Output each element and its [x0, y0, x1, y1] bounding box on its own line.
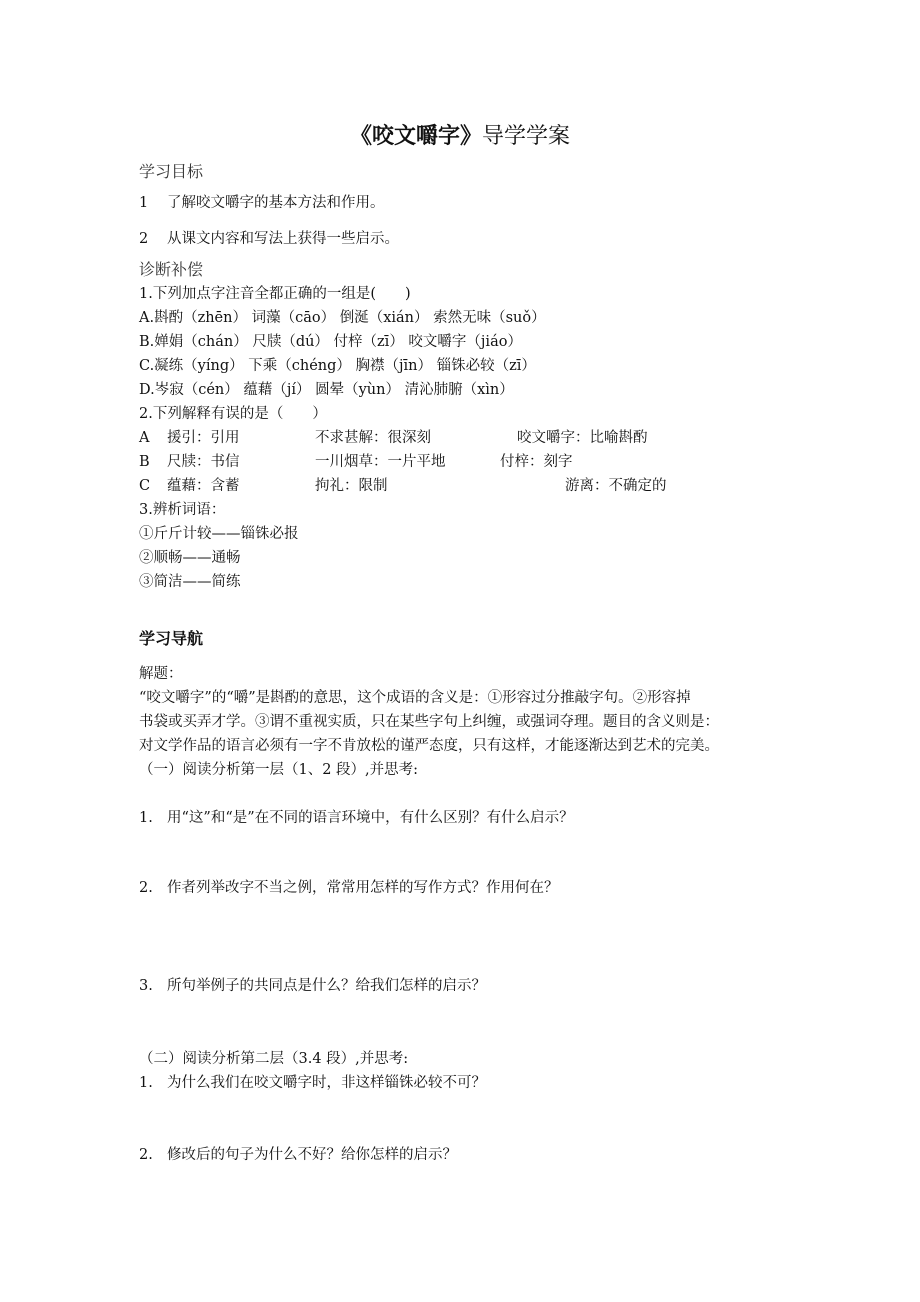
question-3-item: ②顺畅——通畅	[139, 548, 241, 568]
part-1-question: 3.所句举例子的共同点是什么？给我们怎样的启示？	[139, 976, 486, 996]
part-2-heading: （二）阅读分析第二层（3.4 段）,并思考:	[139, 1049, 408, 1069]
row-letter: A	[139, 428, 149, 448]
row-letter: C	[139, 476, 150, 496]
question-text: 作者列举改字不当之例，常常用怎样的写作方式？作用何在？	[167, 880, 559, 896]
row-letter: B	[139, 452, 150, 472]
part-2-question: 2.修改后的句子为什么不好？给你怎样的启示？	[139, 1145, 457, 1165]
question-3-item: ③简洁——简练	[139, 572, 241, 592]
question-1-option-d: D.岑寂（cén） 蕴藉（jí） 圆晕（yùn） 清沁肺腑（xìn）	[139, 380, 514, 400]
section-heading-goals: 学习目标	[139, 161, 203, 183]
row-col-2: 不求甚解：很深刻	[315, 428, 431, 448]
part-1-heading: （一）阅读分析第一层（1、2 段）,并思考:	[139, 760, 418, 780]
question-number: 2.	[139, 878, 167, 898]
goal-item: 2从课文内容和写法上获得一些启示。	[139, 229, 399, 249]
question-1-option-c: C.凝练（yíng） 下乘（chéng） 胸襟（jīn） 锱铢必较（zī）	[139, 356, 536, 376]
row-col-3: 付梓：刻字	[500, 452, 573, 472]
question-1-option-a: A.斟酌（zhēn） 词藻（cāo） 倒涎（xián） 索然无味（suǒ）	[139, 308, 546, 328]
intro-line: 对文学作品的语言必须有一字不肯放松的谨严态度，只有这样，才能逐渐达到艺术的完美。	[139, 736, 719, 756]
question-3-stem: 3.辨析词语：	[139, 500, 225, 520]
intro-line: “咬文嚼字”的“嚼”是斟酌的意思，这个成语的含义是：①形容过分推敲字句。②形容掉	[139, 688, 691, 708]
row-col-3: 游离：不确定的	[565, 476, 667, 496]
part-1-question: 1.用“这”和“是”在不同的语言环境中，有什么区别？有什么启示？	[139, 808, 574, 828]
goal-text: 了解咬文嚼字的基本方法和作用。	[167, 195, 385, 211]
question-2-row-a: A 援引：引用 不求甚解：很深刻 咬文嚼字：比喻斟酌	[139, 428, 789, 448]
question-number: 2.	[139, 1145, 167, 1165]
question-2-row-b: B 尺牍：书信 一川烟草：一片平地 付梓：刻字	[139, 452, 789, 472]
question-3-item: ①斤斤计较——锱铢必报	[139, 524, 299, 544]
question-1-stem: 1.下列加点字注音全都正确的一组是( )	[139, 284, 411, 304]
row-col-1: 蕴藉：含蓄	[167, 476, 240, 496]
intro-label: 解题：	[139, 664, 183, 684]
goal-item: 1了解咬文嚼字的基本方法和作用。	[139, 193, 385, 213]
title-book-name: 《咬文嚼字》	[350, 124, 482, 149]
page-title: 《咬文嚼字》导学学案	[0, 121, 920, 153]
question-text: 修改后的句子为什么不好？给你怎样的启示？	[167, 1147, 457, 1163]
title-suffix: 导学学案	[482, 124, 570, 149]
row-col-3: 咬文嚼字：比喻斟酌	[517, 428, 648, 448]
document-page: 《咬文嚼字》导学学案 学习目标 1了解咬文嚼字的基本方法和作用。 2从课文内容和…	[0, 0, 920, 1302]
question-2-stem: 2.下列解释有误的是（ ）	[139, 404, 327, 424]
question-number: 3.	[139, 976, 167, 996]
question-2-row-c: C 蕴藉：含蓄 拘礼：限制 游离：不确定的	[139, 476, 789, 496]
goal-number: 1	[139, 193, 167, 213]
question-number: 1.	[139, 808, 167, 828]
intro-line: 书袋或买弄才学。③谓不重视实质，只在某些字句上纠缠，或强词夺理。题目的含义则是：	[139, 712, 719, 732]
question-text: 用“这”和“是”在不同的语言环境中，有什么区别？有什么启示？	[167, 810, 574, 826]
section-heading-navigation: 学习导航	[139, 628, 203, 650]
question-1-option-b: B.婵娟（chán） 尺牍（dú） 付梓（zī） 咬文嚼字（jiáo）	[139, 332, 522, 352]
section-heading-diagnosis: 诊断补偿	[139, 259, 203, 281]
question-number: 1.	[139, 1073, 167, 1093]
row-col-1: 援引：引用	[167, 428, 240, 448]
part-1-question: 2.作者列举改字不当之例，常常用怎样的写作方式？作用何在？	[139, 878, 559, 898]
row-col-1: 尺牍：书信	[167, 452, 240, 472]
question-text: 为什么我们在咬文嚼字时，非这样锱铢必较不可？	[167, 1075, 486, 1091]
question-text: 所句举例子的共同点是什么？给我们怎样的启示？	[167, 978, 486, 994]
goal-text: 从课文内容和写法上获得一些启示。	[167, 231, 399, 247]
part-2-question: 1.为什么我们在咬文嚼字时，非这样锱铢必较不可？	[139, 1073, 486, 1093]
row-col-2: 拘礼：限制	[315, 476, 388, 496]
row-col-2: 一川烟草：一片平地	[315, 452, 446, 472]
goal-number: 2	[139, 229, 167, 249]
